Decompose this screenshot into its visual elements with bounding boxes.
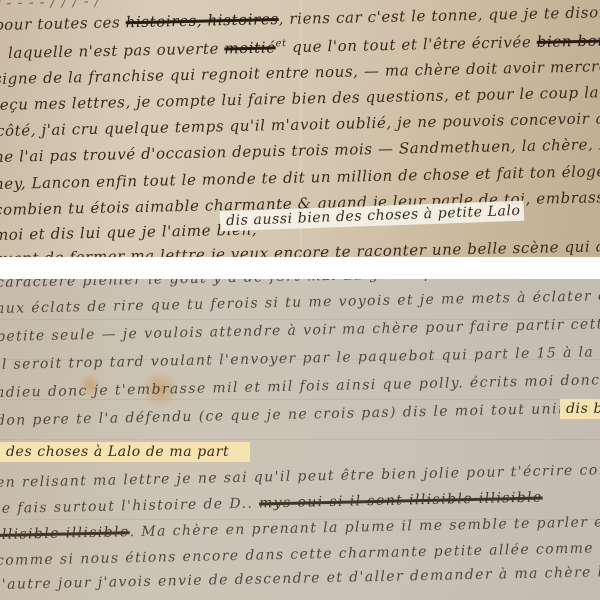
paper-line — [0, 439, 600, 440]
manuscript-line: aux éclats de rire que tu ferois si tu m… — [0, 287, 600, 317]
struck-text: illisible illisible — [0, 524, 130, 543]
manuscript-line: don pere te l'a défendu (ce que je ne cr… — [0, 400, 600, 429]
manuscript-line: en relisant ma lettre je ne sai qu'il pe… — [0, 462, 600, 491]
struck-text: bien bonne — [537, 31, 600, 51]
struck-text: moitié — [224, 38, 276, 57]
manuscript-line: il seroit trop tard voulant l'envoyer pa… — [0, 344, 600, 373]
struck-text: mys oui si il sont illisible illisible — [259, 490, 543, 512]
highlighted-passage-right: dis bi — [560, 399, 600, 419]
faded-line: y - - - - / / / - / — [0, 0, 101, 12]
manuscript-line: je fais surtout l'histoire de D.. mys ou… — [0, 490, 543, 517]
manuscript-line: moi et dis lui que je l'aime bien, — [0, 220, 257, 244]
letter-fragment-top: y - - - - / / / - / pour toutes ces hist… — [0, 0, 600, 257]
paper-line — [0, 399, 600, 400]
letter-fragment-bottom: caractère plénier le goût y a de fort ma… — [0, 279, 600, 600]
manuscript-line: laquelle n'est pas ouverte moitiéet que … — [8, 30, 600, 62]
fragment-separator — [0, 257, 600, 279]
highlighted-passage-left: des choses à Lalo de ma part — [0, 442, 250, 462]
manuscript-line: caractère plénier le goût y a de fort ma… — [0, 279, 588, 291]
manuscript-line: illisible illisible. Ma chère en prenant… — [0, 512, 600, 543]
manuscript-line: comme si nous étions encore dans cette c… — [0, 538, 600, 569]
struck-text: histoires, histoires — [125, 10, 278, 31]
